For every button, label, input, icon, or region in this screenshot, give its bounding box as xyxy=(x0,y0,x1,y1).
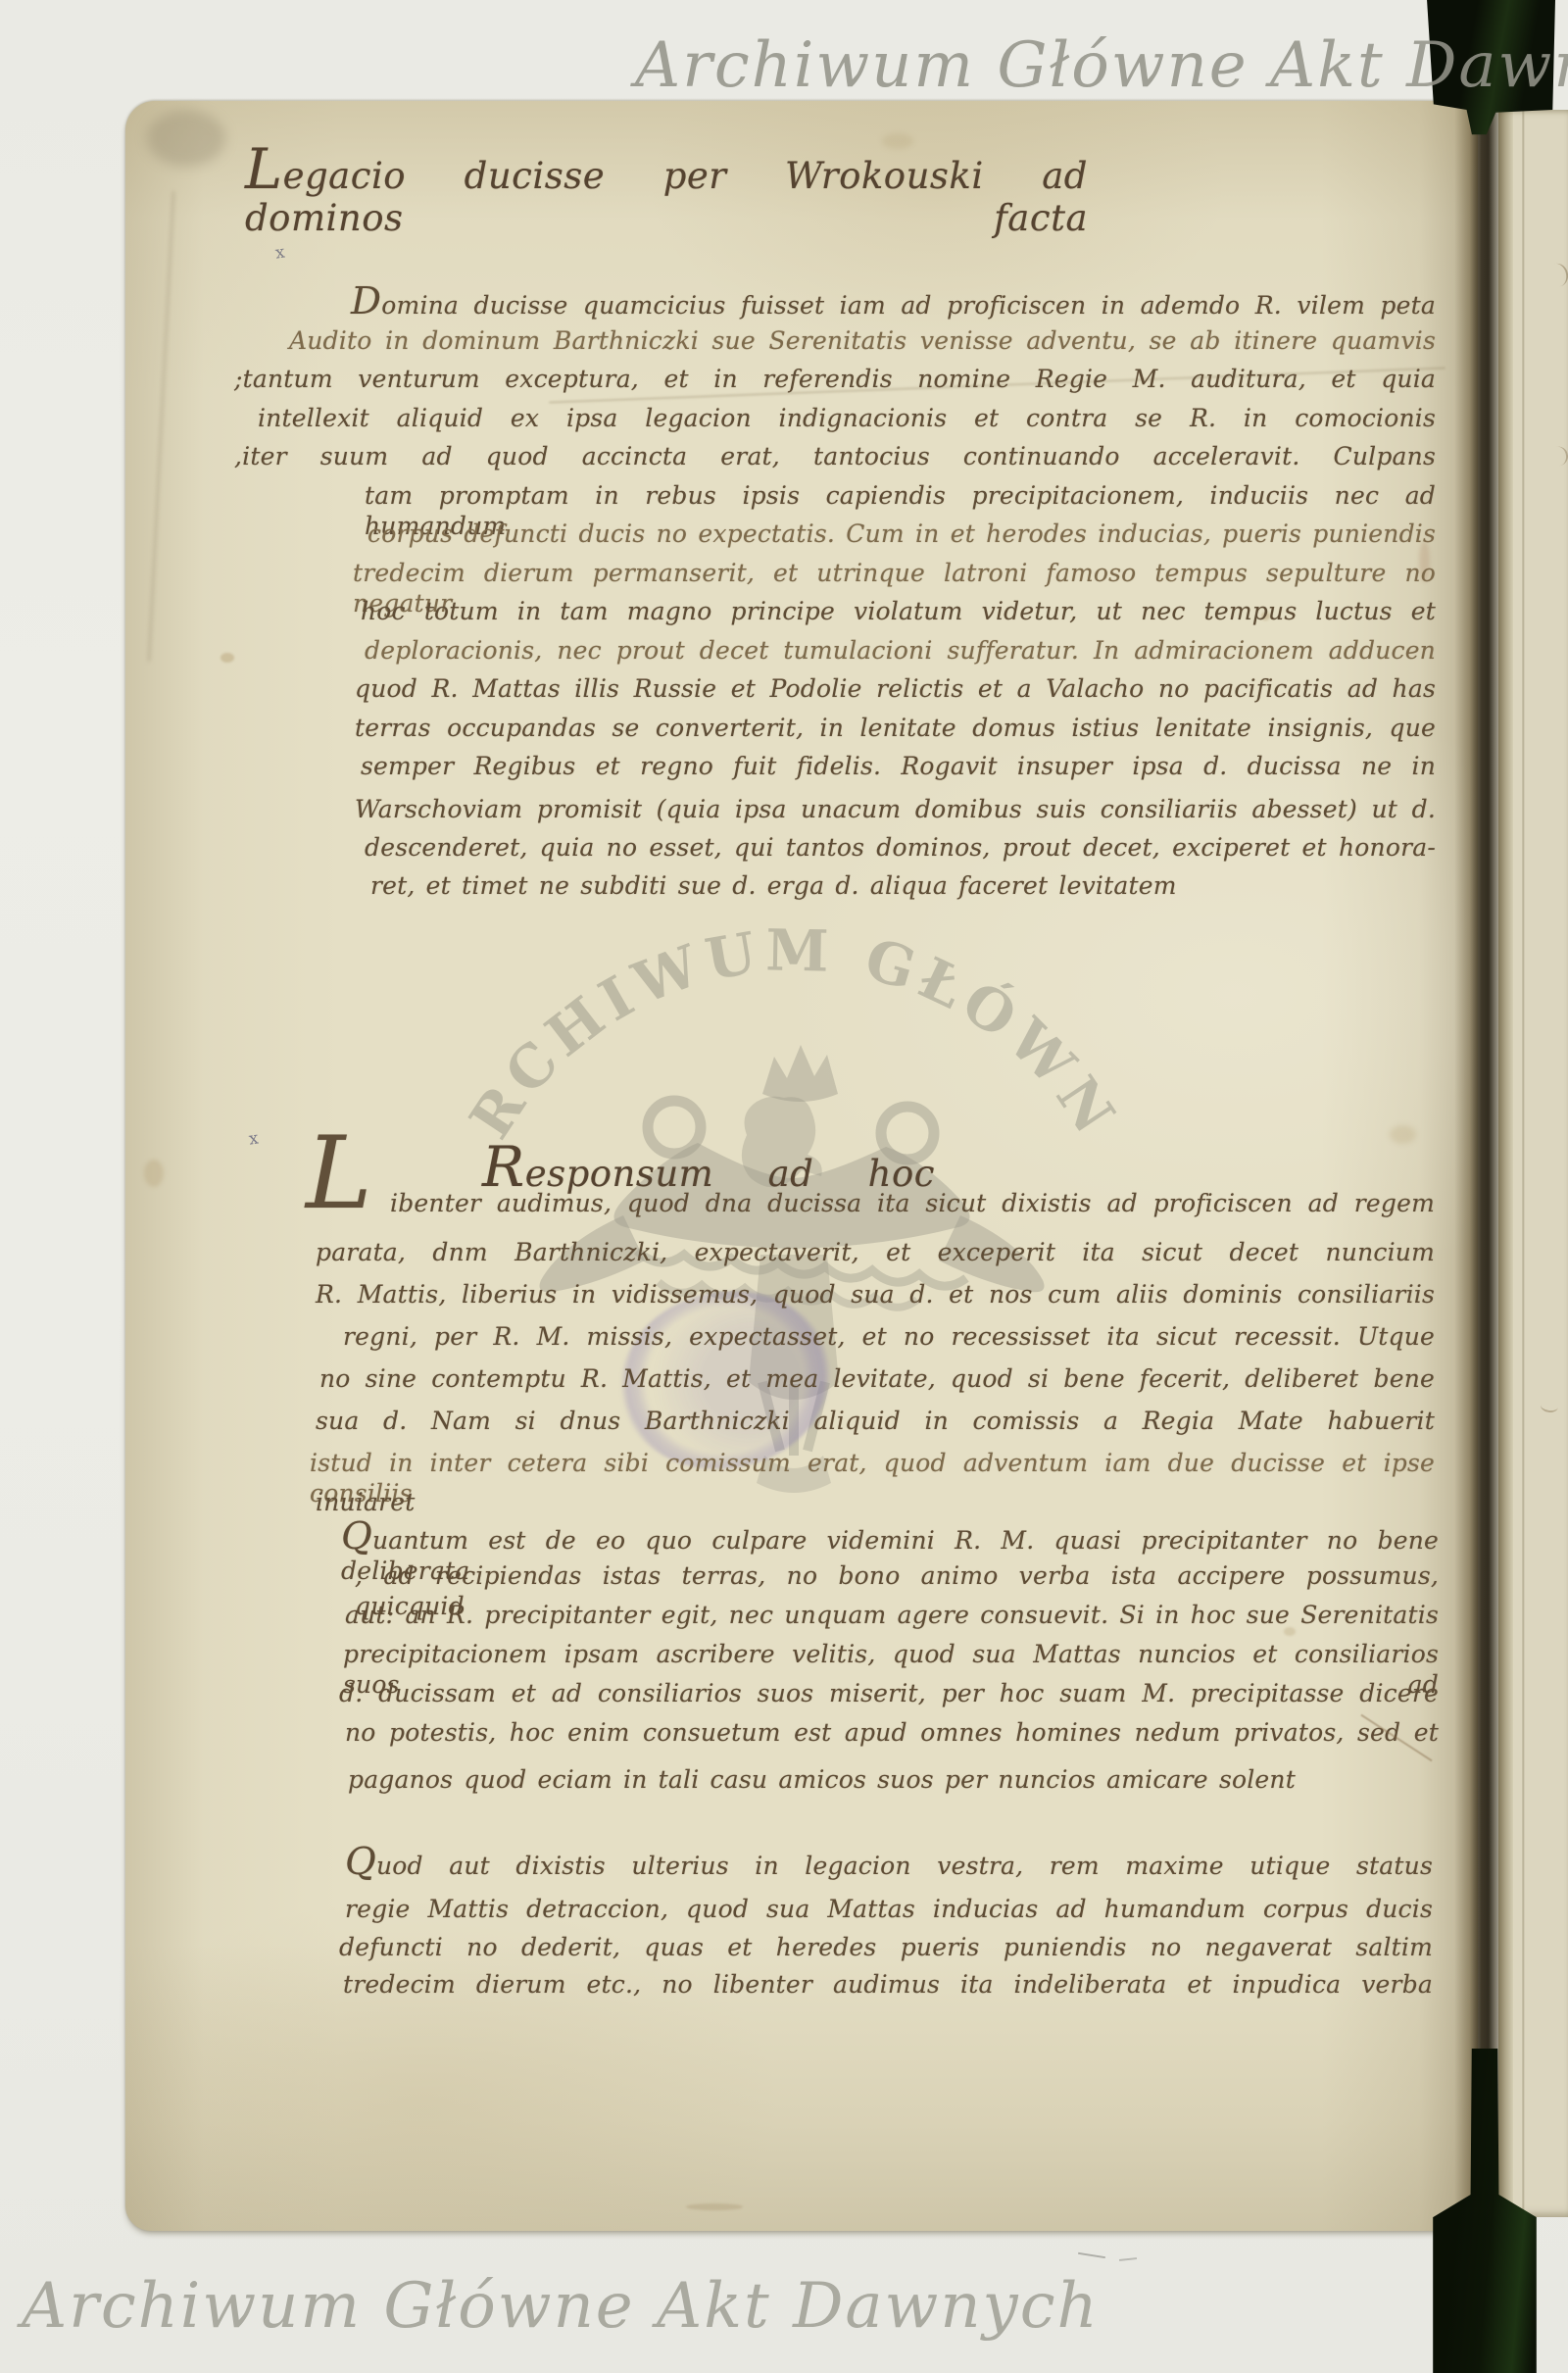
text-line: d. ducissam et ad consiliarios suos mise… xyxy=(339,1678,1439,1708)
text-line: no potestis, hoc enim consuetum est apud… xyxy=(345,1717,1439,1748)
text-line: Quod aut dixistis ulterius in legacion v… xyxy=(345,1847,1433,1881)
text-line: corpus defuncti ducis no expectatis. Cum… xyxy=(367,519,1436,549)
text-line: semper Regibus et regno fuit fidelis. Ro… xyxy=(361,751,1436,781)
text-line: Audito in dominum Barthniczki sue Sereni… xyxy=(289,325,1436,356)
manuscript-title: Legacio ducisse per Wrokouski ad dominos… xyxy=(245,147,1088,239)
binding-gutter-shadow xyxy=(1454,98,1513,2240)
text-line: ibenter audimus, quod dna ducissa ita si… xyxy=(390,1188,1435,1218)
text-line: regni, per R. M. missis, expectasset, et… xyxy=(343,1321,1435,1352)
watermark-top: Archiwum Główne Akt Dawnych xyxy=(635,29,1568,102)
text-line: no sine contemptu R. Mattis, et mea levi… xyxy=(319,1363,1435,1394)
text-line: Warschoviam promisit (quia ipsa unacum d… xyxy=(355,794,1436,824)
archive-scan: { "watermark": { "text": "Archiwum Główn… xyxy=(0,0,1568,2373)
pencil-scratch xyxy=(1078,2252,1105,2258)
drop-cap-L: L xyxy=(306,1129,372,1219)
text-line: parata, dnm Barthniczki, expectaverit, e… xyxy=(316,1237,1435,1267)
text-line: ,iter suum ad quod accincta erat, tantoc… xyxy=(234,441,1436,471)
text-line: sua d. Nam si dnus Barthniczki aliquid i… xyxy=(316,1406,1435,1436)
text-line: ;tantum venturum exceptura, et in refere… xyxy=(234,364,1436,394)
watermark-bottom: Archiwum Główne Akt Dawnych xyxy=(22,2270,1100,2343)
text-line: R. Mattis, liberius in vidissemus, quod … xyxy=(316,1279,1435,1310)
margin-x-mark: x xyxy=(248,1128,260,1149)
text-line: inuiaret xyxy=(316,1487,1441,1517)
pencil-scratch xyxy=(1119,2257,1137,2261)
text-line: ret, et timet ne subditi sue d. erga d. … xyxy=(370,870,1436,901)
text-line: tredecim dierum etc., no libenter audimu… xyxy=(343,1969,1433,2000)
text-line: regie Mattis detraccion, quod sua Mattas… xyxy=(345,1894,1433,1924)
text-line: deploracionis, nec prout decet tumulacio… xyxy=(365,635,1436,666)
text-line: hoc totum in tam magno principe violatum… xyxy=(361,596,1436,626)
text-line: aut: an R. precipitanter egit, nec unqua… xyxy=(345,1600,1439,1630)
text-line: Domina ducisse quamcicius fuisset iam ad… xyxy=(351,286,1436,321)
text-line: quod R. Mattas illis Russie et Podolie r… xyxy=(355,673,1436,704)
text-line: defuncti no dederit, quas et heredes pue… xyxy=(339,1932,1433,1962)
text-line: terras occupandas se converterit, in len… xyxy=(355,713,1436,743)
text-line: intellexit aliquid ex ipsa legacion indi… xyxy=(258,403,1436,433)
text-line: paganos quod eciam in tali casu amicos s… xyxy=(348,1764,1439,1795)
text-line: descenderet, quia no esset, qui tantos d… xyxy=(365,832,1436,863)
margin-x-mark: x xyxy=(274,242,286,263)
